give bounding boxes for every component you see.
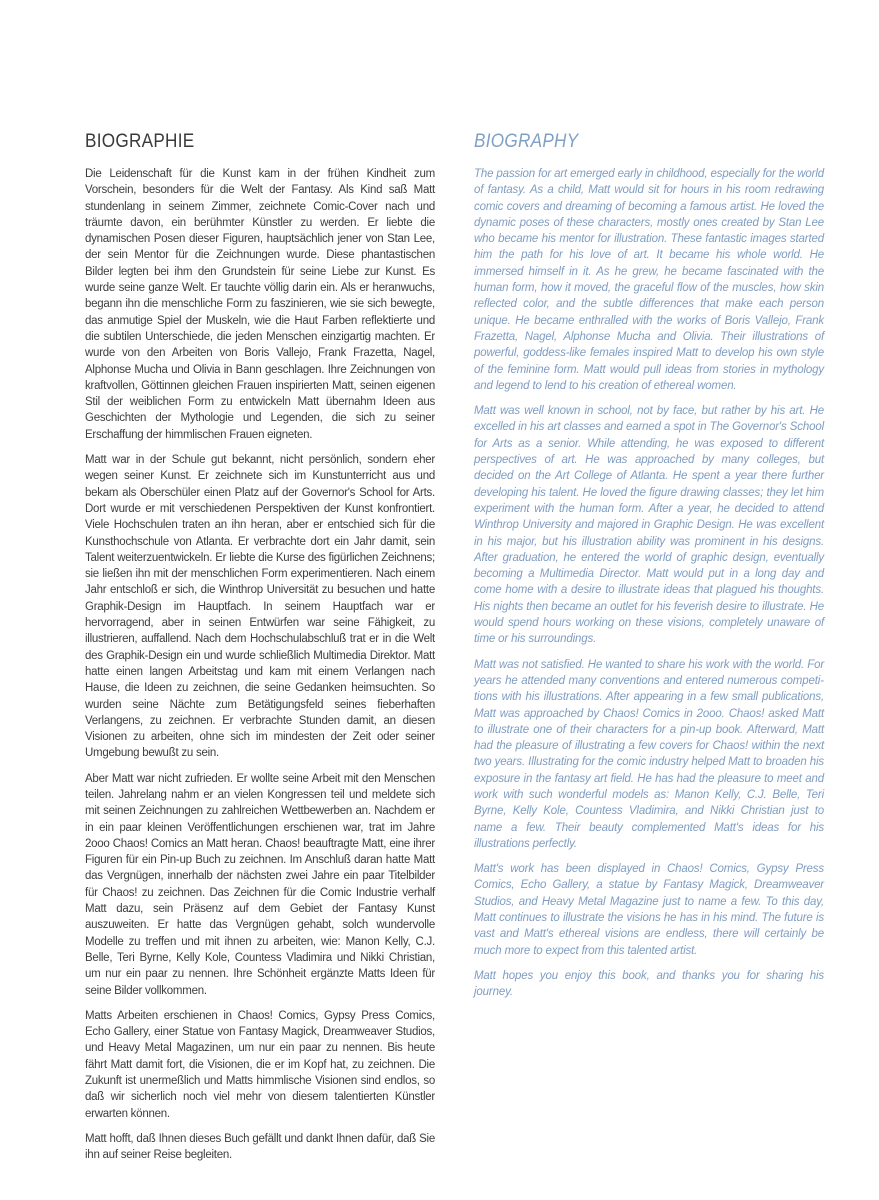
german-paragraph: Matts Arbeiten erschienen in Chaos! Comi…: [85, 1008, 435, 1122]
german-paragraph: Die Leidenschaft für die Kunst kam in de…: [85, 166, 435, 443]
english-paragraph: Matt was not satisfied. He wanted to sha…: [474, 657, 824, 853]
english-paragraph: Matt's work has been displayed in Chaos!…: [474, 861, 824, 959]
english-heading: BIOGRAPHY: [474, 128, 782, 154]
english-paragraph: Matt was well known in school, not by fa…: [474, 403, 824, 647]
english-column: BIOGRAPHY The passion for art emerged ea…: [474, 128, 824, 1010]
english-paragraph: The passion for art emerged early in chi…: [474, 166, 824, 394]
german-paragraph: Matt hofft, daß Ihnen dieses Buch gefäll…: [85, 1131, 435, 1164]
english-paragraph: Matt hopes you enjoy this book, and than…: [474, 968, 824, 1001]
german-heading: BIOGRAPHIE: [85, 128, 393, 154]
german-paragraph: Aber Matt war nicht zufrieden. Er wollte…: [85, 771, 435, 999]
german-column: BIOGRAPHIE Die Leidenschaft für die Kuns…: [85, 128, 435, 1173]
german-paragraph: Matt war in der Schule gut bekannt, nich…: [85, 452, 435, 762]
